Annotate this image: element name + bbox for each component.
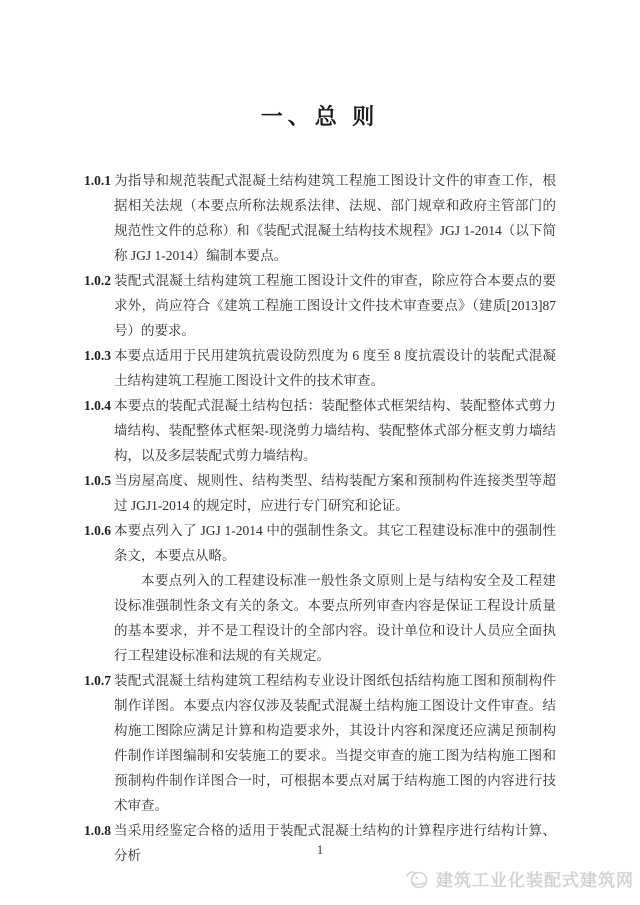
site-logo-icon xyxy=(405,868,431,890)
clause: 1.0.7 装配式混凝土结构建筑工程结构专业设计图纸包括结构施工图和预制构件制作… xyxy=(84,668,556,818)
clause-text: 本要点列入了 JGJ 1-2014 中的强制性条文。其它工程建设标准中的强制性条… xyxy=(114,518,556,568)
clause-text: 为指导和规范装配式混凝土结构建筑工程施工图设计文件的审查工作，根据相关法规（本要… xyxy=(114,168,556,268)
clause-list: 1.0.1 为指导和规范装配式混凝土结构建筑工程施工图设计文件的审查工作，根据相… xyxy=(84,168,556,868)
clause-number: 1.0.4 xyxy=(84,393,114,418)
clause: 1.0.6 本要点列入了 JGJ 1-2014 中的强制性条文。其它工程建设标准… xyxy=(84,518,556,668)
page-number: 1 xyxy=(0,842,640,858)
clause-number: 1.0.5 xyxy=(84,468,114,493)
clause-text: 装配式混凝土结构建筑工程施工图设计文件的审查，除应符合本要点的要求外，尚应符合《… xyxy=(114,268,556,343)
clause: 1.0.4 本要点的装配式混凝土结构包括：装配整体式框架结构、装配整体式剪力墙结… xyxy=(84,393,556,468)
watermark-text: 建筑工业化装配式建筑网 xyxy=(436,866,634,891)
clause-body: 本要点列入了 JGJ 1-2014 中的强制性条文。其它工程建设标准中的强制性条… xyxy=(114,518,556,668)
clause: 1.0.2 装配式混凝土结构建筑工程施工图设计文件的审查，除应符合本要点的要求外… xyxy=(84,268,556,343)
page-title: 一、总 则 xyxy=(0,102,640,132)
clause-number: 1.0.6 xyxy=(84,518,114,543)
clause-text: 本要点适用于民用建筑抗震设防烈度为 6 度至 8 度抗震设计的装配式混凝土结构建… xyxy=(114,343,556,393)
clause-number: 1.0.7 xyxy=(84,668,114,693)
clause-number: 1.0.2 xyxy=(84,268,114,293)
site-watermark: 建筑工业化装配式建筑网 xyxy=(405,866,634,891)
clause: 1.0.3 本要点适用于民用建筑抗震设防烈度为 6 度至 8 度抗震设计的装配式… xyxy=(84,343,556,393)
clause-number: 1.0.8 xyxy=(84,818,114,843)
clause: 1.0.5 当房屋高度、规则性、结构类型、结构装配方案和预制构件连接类型等超过 … xyxy=(84,468,556,518)
clause-text: 装配式混凝土结构建筑工程结构专业设计图纸包括结构施工图和预制构件制作详图。本要点… xyxy=(114,668,556,818)
clause-number: 1.0.3 xyxy=(84,343,114,368)
clause: 1.0.1 为指导和规范装配式混凝土结构建筑工程施工图设计文件的审查工作，根据相… xyxy=(84,168,556,268)
clause-text: 当房屋高度、规则性、结构类型、结构装配方案和预制构件连接类型等超过 JGJ1-2… xyxy=(114,468,556,518)
clause-text: 本要点的装配式混凝土结构包括：装配整体式框架结构、装配整体式剪力墙结构、装配整体… xyxy=(114,393,556,468)
clause-number: 1.0.1 xyxy=(84,168,114,193)
clause-subparagraph: 本要点列入的工程建设标准一般性条文原则上是与结构安全及工程建设标准强制性条文有关… xyxy=(114,568,556,668)
document-page: 一、总 则 1.0.1 为指导和规范装配式混凝土结构建筑工程施工图设计文件的审查… xyxy=(0,0,640,905)
